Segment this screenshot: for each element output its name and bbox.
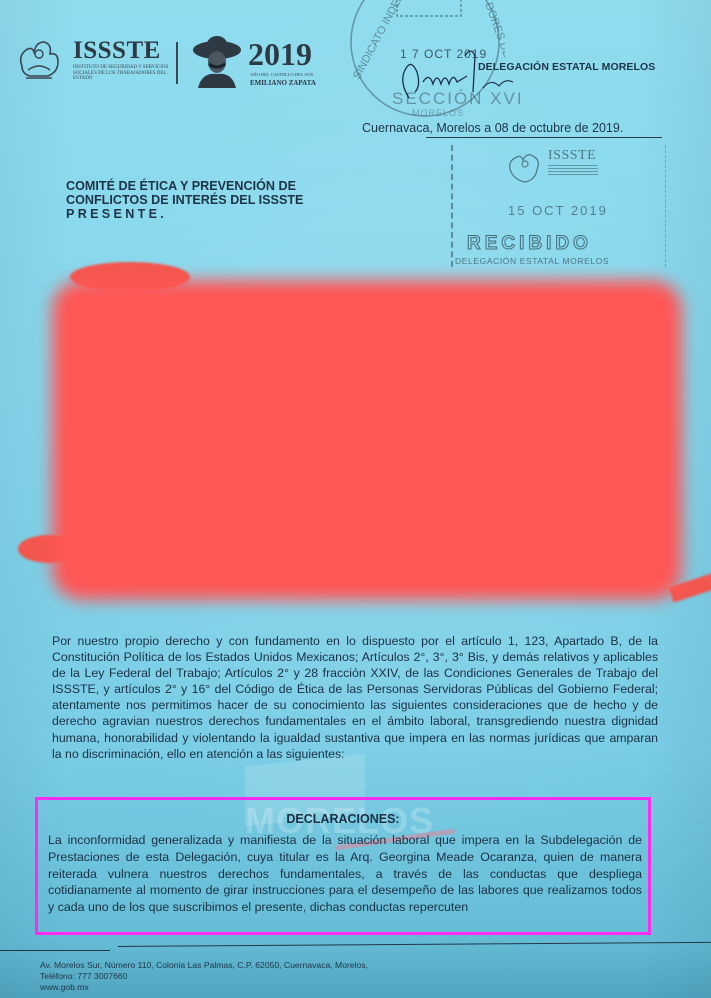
footer-phone: Teléfono: 777 3007660 [40,971,368,982]
issste-emblem-icon [14,36,64,84]
date-underline [426,137,662,138]
year-honoree: EMILIANO ZAPATA [250,79,316,87]
addressee-line-1: COMITÉ DE ÉTICA Y PREVENCIÓN DE [66,179,303,193]
footer-web: www.gob.mx [40,982,368,993]
issste-wordmark: ISSSTE [73,38,173,63]
received-stamp-date: 15 OCT 2019 [508,203,608,218]
union-stamp-city: MORELOS [412,108,464,118]
issste-stamp-emblem-icon [505,150,545,186]
addressee-block: COMITÉ DE ÉTICA Y PREVENCIÓN DE CONFLICT… [66,179,303,221]
commemorative-year: 2019 [248,38,312,70]
declarations-text: La inconformidad generalizada y manifies… [48,832,642,916]
issste-brand: ISSSTE Instituto de Seguridad y Servicio… [73,38,173,82]
header-divider [176,42,178,84]
footer-contact: Av. Morelos Sur, Número 110, Colonia Las… [40,960,368,993]
footer-divider [118,942,711,947]
received-stamp-delegation: DELEGACIÓN ESTATAL MORELOS [455,256,609,266]
year-subtitle: Año del Caudillo del Sur [250,72,340,77]
delegation-heading: DELEGACIÓN ESTATAL MORELOS [478,61,655,73]
place-and-date: Cuernavaca, Morelos a 08 de octubre de 2… [362,121,623,135]
received-stamp-subtitle [548,165,598,175]
body-paragraph: Por nuestro propio derecho y con fundame… [52,633,658,762]
issste-subtitle: Instituto de Seguridad y Servicios Socia… [73,65,173,82]
declarations-title: DECLARACIONES: [38,812,648,826]
footer-address: Av. Morelos Sur, Número 110, Colonia Las… [40,960,368,971]
zapata-portrait-icon [192,34,242,88]
addressee-line-2: CONFLICTOS DE INTERÉS DEL ISSSTE [66,193,303,207]
received-stamp-institution: ISSSTE [548,148,596,164]
redacted-signatories-block [52,280,682,600]
declarations-highlight-box: DECLARACIONES: La inconformidad generali… [35,797,651,935]
addressee-line-3: PRESENTE. [66,207,303,221]
body-paragraph-text: Por nuestro propio derecho y con fundame… [52,633,658,762]
footer-divider [0,950,110,951]
received-stamp-label: RECIBIDO [467,233,592,255]
